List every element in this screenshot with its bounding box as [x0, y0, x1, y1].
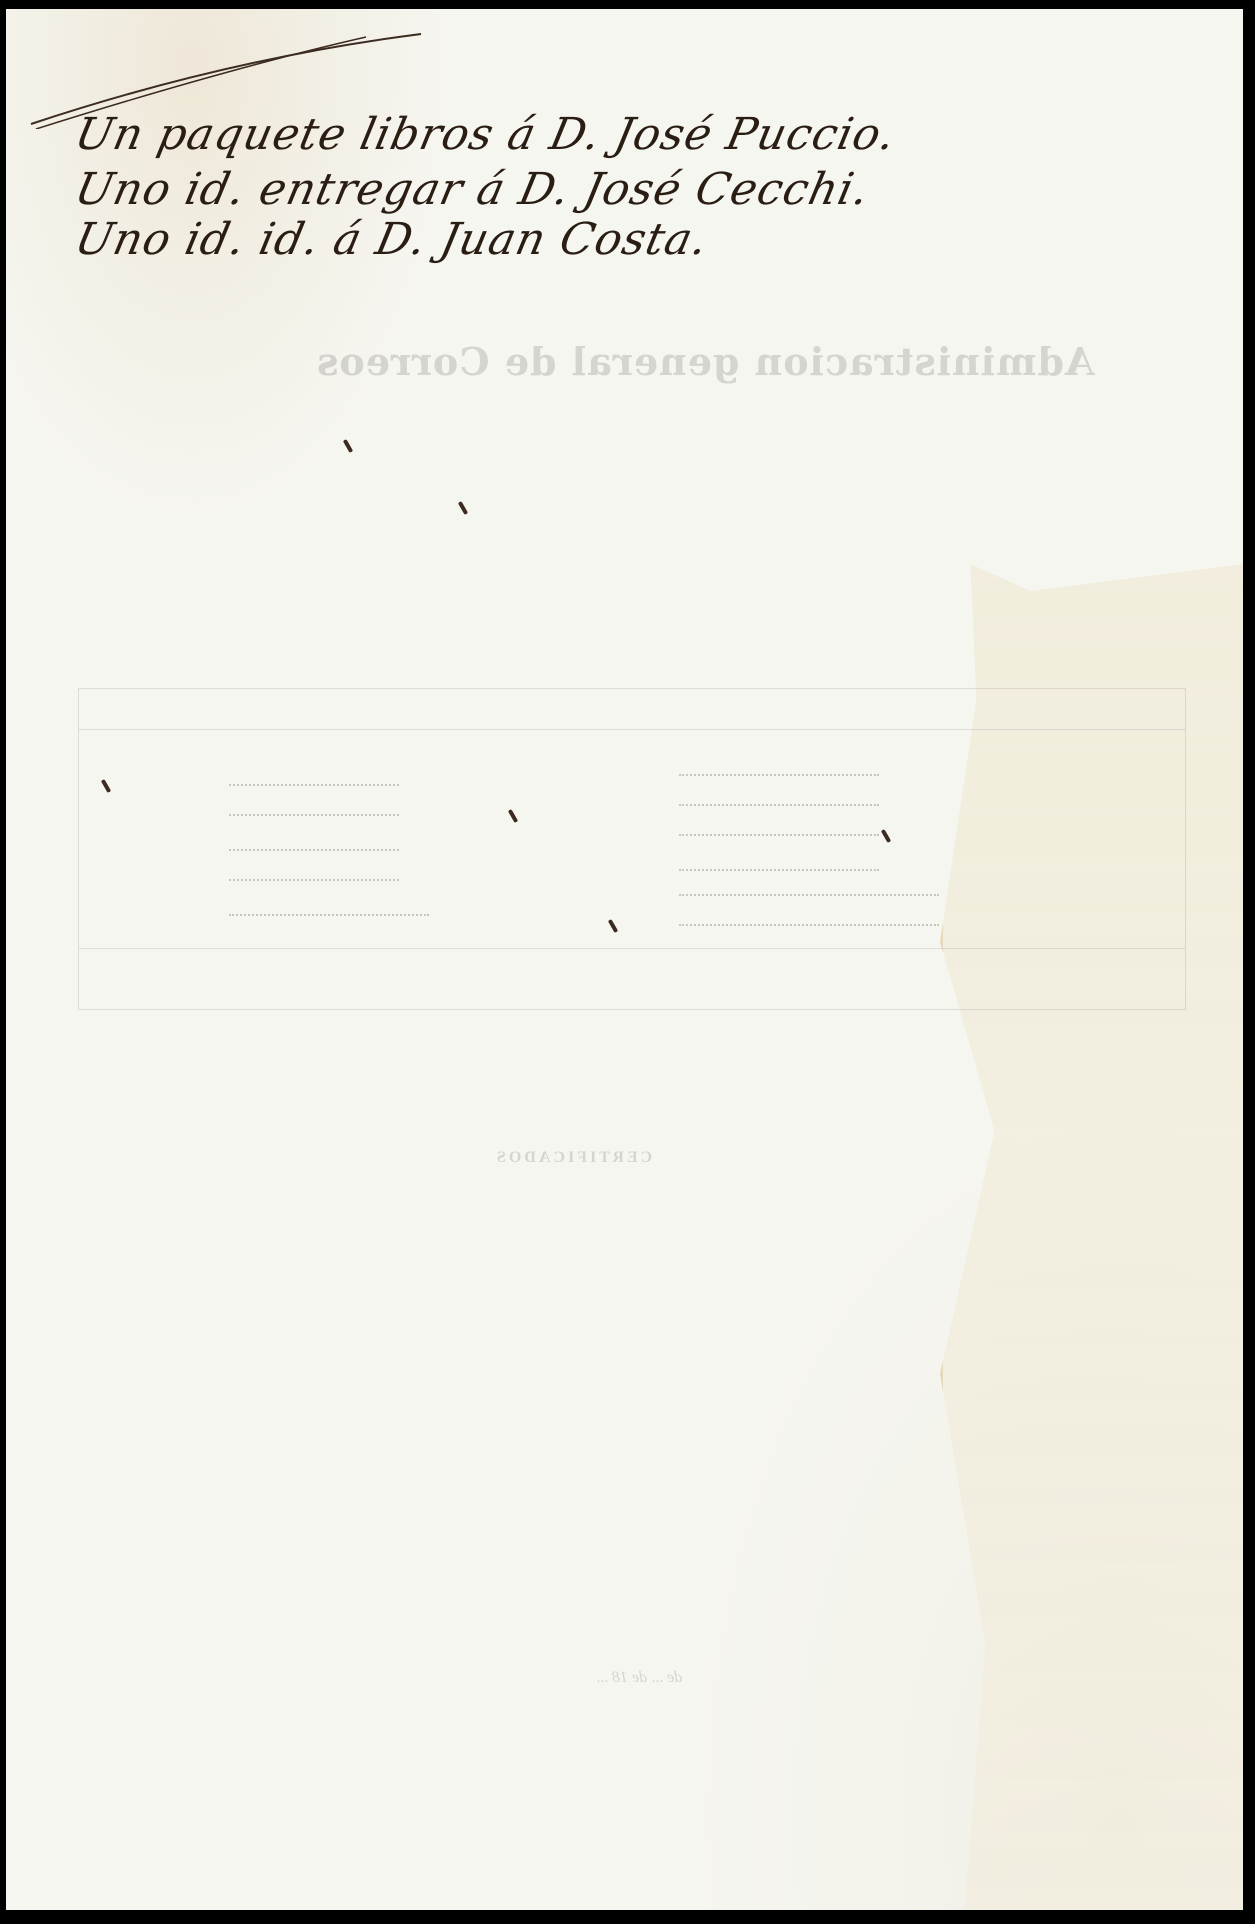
table-footer-rule [79, 948, 1185, 949]
dotted-line [229, 784, 399, 786]
handwritten-line-2: Uno id. entregar á D. José Cecchi. [71, 164, 875, 215]
show-through-title: Administracion general de Correos [316, 339, 1095, 384]
dotted-line [229, 914, 429, 916]
table-header-rule [79, 729, 1185, 730]
document-page: Administracion general de Correos CERTIF… [6, 9, 1243, 1910]
dotted-line [229, 879, 399, 881]
handwritten-line-1: Un paquete libros á D. José Puccio. [71, 109, 901, 160]
dotted-line [229, 814, 399, 816]
dotted-line [679, 804, 879, 806]
dotted-line [679, 869, 879, 871]
dotted-line [679, 774, 879, 776]
show-through-form-table [78, 688, 1186, 1010]
handwritten-line-3: Uno id. id. á D. Juan Costa. [71, 214, 713, 265]
dotted-line [679, 894, 939, 896]
show-through-date-line: de ... de 18 ... [596, 1669, 682, 1687]
show-through-section-heading: CERTIFICADOS [494, 1149, 652, 1167]
dotted-line [679, 924, 939, 926]
dotted-line [229, 849, 399, 851]
ink-mark [343, 439, 353, 453]
dotted-line [679, 834, 879, 836]
ink-mark [458, 501, 468, 515]
handwritten-notes: Un paquete libros á D. José Puccio. Uno … [6, 9, 1243, 309]
